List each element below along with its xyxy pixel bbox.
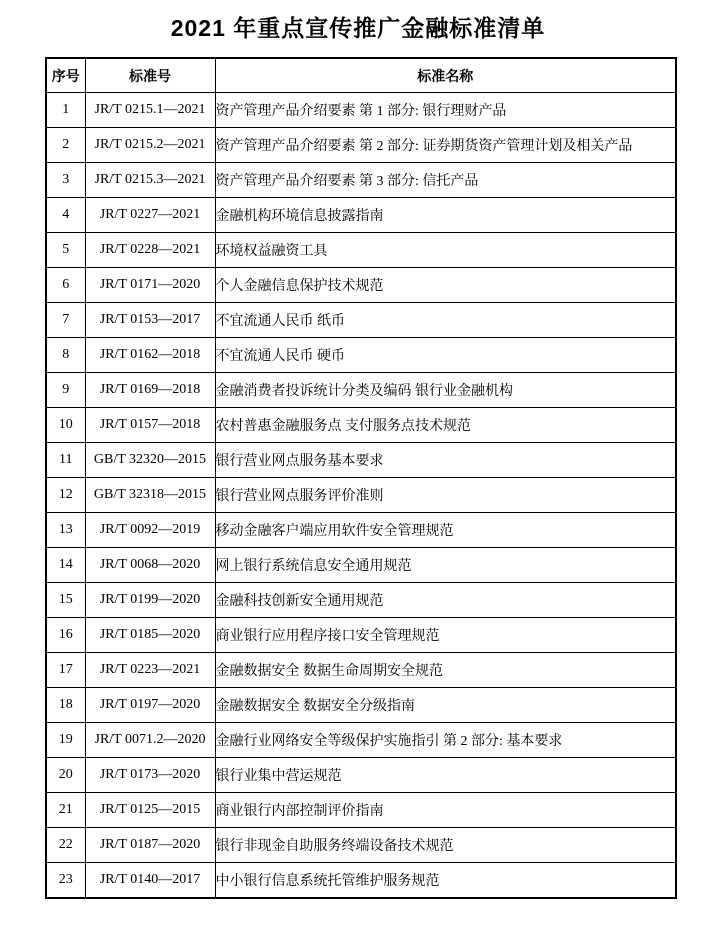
header-standard-number: 标准号 (85, 58, 215, 93)
standard-number: JR/T 0157—2018 (85, 408, 215, 443)
row-index: 21 (46, 793, 85, 828)
row-index: 3 (46, 163, 85, 198)
standard-name: 金融数据安全 数据生命周期安全规范 (215, 653, 676, 688)
standard-name: 商业银行应用程序接口安全管理规范 (215, 618, 676, 653)
standard-name: 金融行业网络安全等级保护实施指引 第 2 部分: 基本要求 (215, 723, 676, 758)
standards-table: 序号 标准号 标准名称 1JR/T 0215.1—2021资产管理产品介绍要素 … (45, 57, 677, 899)
row-index: 20 (46, 758, 85, 793)
standard-name: 个人金融信息保护技术规范 (215, 268, 676, 303)
table-row: 4JR/T 0227—2021金融机构环境信息披露指南 (46, 198, 676, 233)
table-row: 17JR/T 0223—2021金融数据安全 数据生命周期安全规范 (46, 653, 676, 688)
standard-number: JR/T 0162—2018 (85, 338, 215, 373)
standard-name: 不宜流通人民币 纸币 (215, 303, 676, 338)
row-index: 16 (46, 618, 85, 653)
standard-name: 金融机构环境信息披露指南 (215, 198, 676, 233)
table-row: 5JR/T 0228—2021环境权益融资工具 (46, 233, 676, 268)
standard-number: JR/T 0171—2020 (85, 268, 215, 303)
row-index: 14 (46, 548, 85, 583)
standard-name: 金融科技创新安全通用规范 (215, 583, 676, 618)
row-index: 8 (46, 338, 85, 373)
standard-number: JR/T 0140—2017 (85, 863, 215, 899)
header-index: 序号 (46, 58, 85, 93)
table-row: 22JR/T 0187—2020银行非现金自助服务终端设备技术规范 (46, 828, 676, 863)
standard-name: 银行营业网点服务基本要求 (215, 443, 676, 478)
standard-name: 中小银行信息系统托管维护服务规范 (215, 863, 676, 899)
header-row: 序号 标准号 标准名称 (46, 58, 676, 93)
row-index: 1 (46, 93, 85, 128)
standard-name: 银行业集中营运规范 (215, 758, 676, 793)
standard-name: 环境权益融资工具 (215, 233, 676, 268)
standard-number: JR/T 0187—2020 (85, 828, 215, 863)
row-index: 2 (46, 128, 85, 163)
row-index: 22 (46, 828, 85, 863)
standard-name: 资产管理产品介绍要素 第 2 部分: 证券期货资产管理计划及相关产品 (215, 128, 676, 163)
row-index: 5 (46, 233, 85, 268)
row-index: 15 (46, 583, 85, 618)
table-row: 15JR/T 0199—2020金融科技创新安全通用规范 (46, 583, 676, 618)
standard-number: JR/T 0071.2—2020 (85, 723, 215, 758)
table-row: 9JR/T 0169—2018金融消费者投诉统计分类及编码 银行业金融机构 (46, 373, 676, 408)
table-row: 20JR/T 0173—2020银行业集中营运规范 (46, 758, 676, 793)
row-index: 11 (46, 443, 85, 478)
row-index: 6 (46, 268, 85, 303)
standard-number: JR/T 0199—2020 (85, 583, 215, 618)
standard-number: GB/T 32320—2015 (85, 443, 215, 478)
standard-number: JR/T 0197—2020 (85, 688, 215, 723)
table-row: 14JR/T 0068—2020网上银行系统信息安全通用规范 (46, 548, 676, 583)
standard-number: JR/T 0215.2—2021 (85, 128, 215, 163)
standard-number: JR/T 0227—2021 (85, 198, 215, 233)
table-row: 11GB/T 32320—2015银行营业网点服务基本要求 (46, 443, 676, 478)
standard-number: JR/T 0223—2021 (85, 653, 215, 688)
standard-name: 金融数据安全 数据安全分级指南 (215, 688, 676, 723)
standard-number: JR/T 0125—2015 (85, 793, 215, 828)
row-index: 9 (46, 373, 85, 408)
standard-number: JR/T 0153—2017 (85, 303, 215, 338)
standard-name: 金融消费者投诉统计分类及编码 银行业金融机构 (215, 373, 676, 408)
row-index: 17 (46, 653, 85, 688)
row-index: 23 (46, 863, 85, 899)
standard-number: JR/T 0185—2020 (85, 618, 215, 653)
table-row: 13JR/T 0092—2019移动金融客户端应用软件安全管理规范 (46, 513, 676, 548)
document-page: 2021 年重点宣传推广金融标准清单 序号 标准号 标准名称 1JR/T 021… (0, 0, 716, 944)
standard-number: JR/T 0215.3—2021 (85, 163, 215, 198)
standard-number: JR/T 0228—2021 (85, 233, 215, 268)
table-row: 19JR/T 0071.2—2020金融行业网络安全等级保护实施指引 第 2 部… (46, 723, 676, 758)
standard-name: 银行非现金自助服务终端设备技术规范 (215, 828, 676, 863)
standards-table-body: 1JR/T 0215.1—2021资产管理产品介绍要素 第 1 部分: 银行理财… (46, 93, 676, 899)
standard-name: 不宜流通人民币 硬币 (215, 338, 676, 373)
table-row: 6JR/T 0171—2020个人金融信息保护技术规范 (46, 268, 676, 303)
standard-name: 移动金融客户端应用软件安全管理规范 (215, 513, 676, 548)
standard-number: JR/T 0173—2020 (85, 758, 215, 793)
standards-table-header: 序号 标准号 标准名称 (46, 58, 676, 93)
standard-name: 银行营业网点服务评价准则 (215, 478, 676, 513)
table-row: 10JR/T 0157—2018农村普惠金融服务点 支付服务点技术规范 (46, 408, 676, 443)
table-row: 16JR/T 0185—2020商业银行应用程序接口安全管理规范 (46, 618, 676, 653)
row-index: 4 (46, 198, 85, 233)
page-title: 2021 年重点宣传推广金融标准清单 (0, 0, 716, 43)
standard-number: GB/T 32318—2015 (85, 478, 215, 513)
table-row: 21JR/T 0125—2015商业银行内部控制评价指南 (46, 793, 676, 828)
table-row: 18JR/T 0197—2020金融数据安全 数据安全分级指南 (46, 688, 676, 723)
standard-number: JR/T 0169—2018 (85, 373, 215, 408)
standard-name: 商业银行内部控制评价指南 (215, 793, 676, 828)
row-index: 18 (46, 688, 85, 723)
row-index: 19 (46, 723, 85, 758)
standard-name: 网上银行系统信息安全通用规范 (215, 548, 676, 583)
standard-name: 资产管理产品介绍要素 第 1 部分: 银行理财产品 (215, 93, 676, 128)
standard-name: 资产管理产品介绍要素 第 3 部分: 信托产品 (215, 163, 676, 198)
standard-number: JR/T 0068—2020 (85, 548, 215, 583)
standard-number: JR/T 0092—2019 (85, 513, 215, 548)
table-row: 3JR/T 0215.3—2021资产管理产品介绍要素 第 3 部分: 信托产品 (46, 163, 676, 198)
row-index: 7 (46, 303, 85, 338)
row-index: 12 (46, 478, 85, 513)
table-row: 12GB/T 32318—2015银行营业网点服务评价准则 (46, 478, 676, 513)
table-row: 23JR/T 0140—2017中小银行信息系统托管维护服务规范 (46, 863, 676, 899)
header-standard-name: 标准名称 (215, 58, 676, 93)
standard-number: JR/T 0215.1—2021 (85, 93, 215, 128)
row-index: 13 (46, 513, 85, 548)
standard-name: 农村普惠金融服务点 支付服务点技术规范 (215, 408, 676, 443)
table-row: 1JR/T 0215.1—2021资产管理产品介绍要素 第 1 部分: 银行理财… (46, 93, 676, 128)
row-index: 10 (46, 408, 85, 443)
table-row: 8JR/T 0162—2018不宜流通人民币 硬币 (46, 338, 676, 373)
table-row: 7JR/T 0153—2017不宜流通人民币 纸币 (46, 303, 676, 338)
table-row: 2JR/T 0215.2—2021资产管理产品介绍要素 第 2 部分: 证券期货… (46, 128, 676, 163)
